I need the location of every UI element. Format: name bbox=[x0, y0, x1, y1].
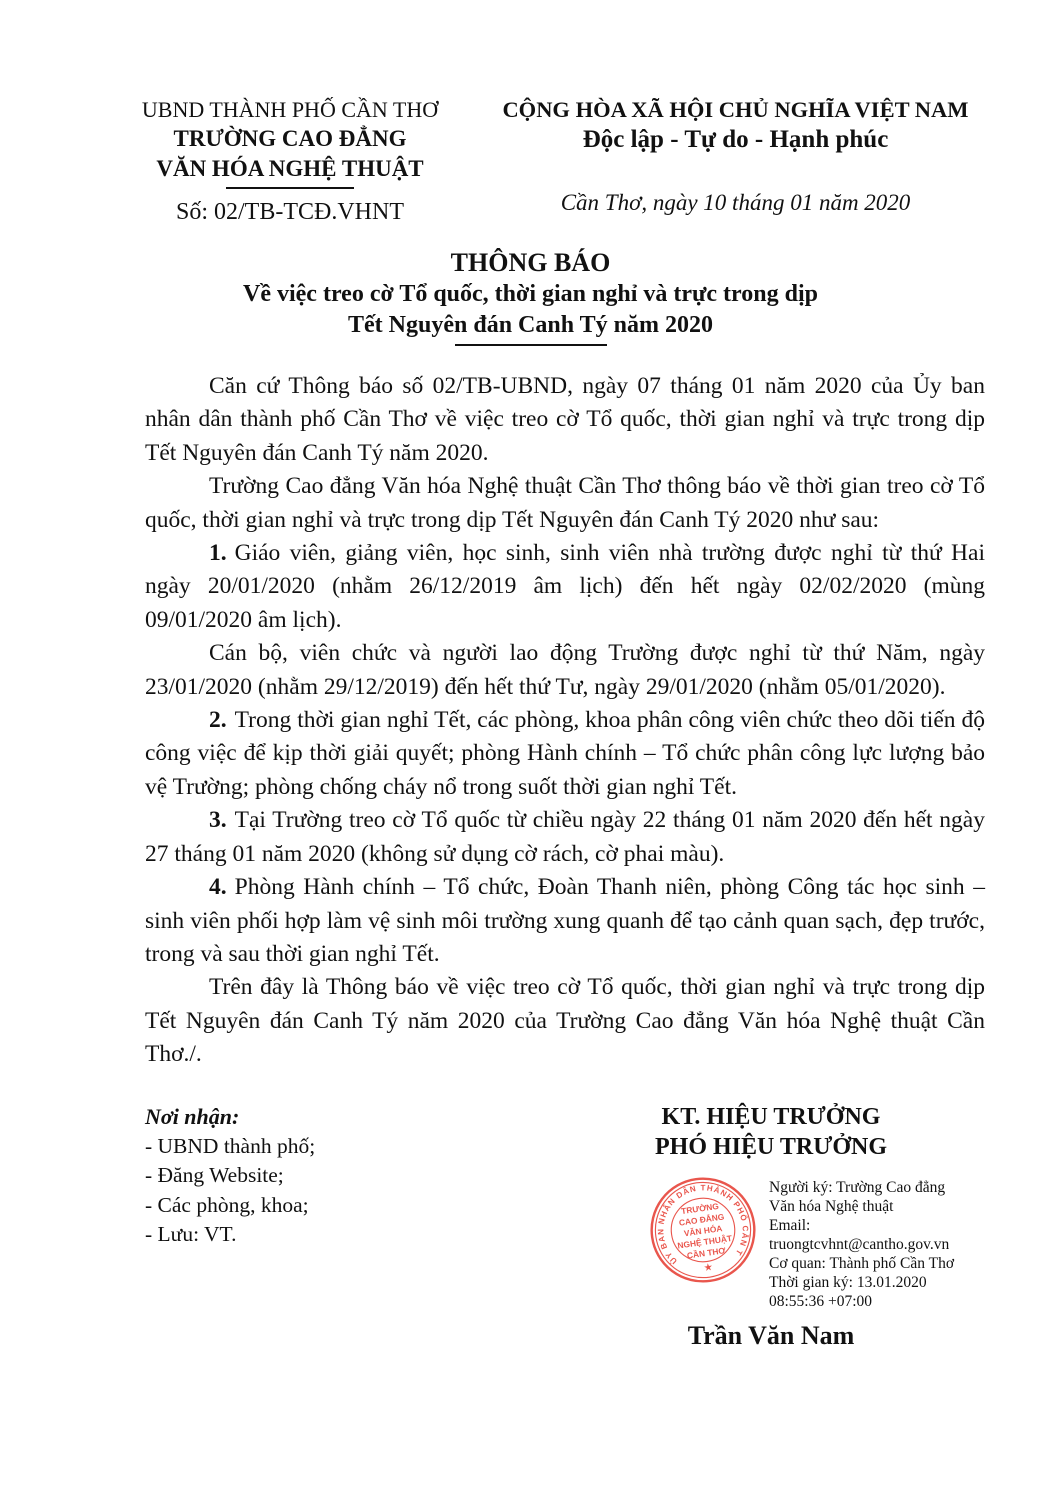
paragraph-number: 4. bbox=[209, 874, 227, 900]
paragraph: 2.Trong thời gian nghỉ Tết, các phòng, k… bbox=[145, 704, 985, 804]
document-subtitle-1: Về việc treo cờ Tổ quốc, thời gian nghỉ … bbox=[0, 279, 1061, 310]
signer-title-2: PHÓ HIỆU TRƯỞNG bbox=[599, 1132, 943, 1162]
paragraph: Trường Cao đẳng Văn hóa Nghệ thuật Cần T… bbox=[145, 470, 985, 537]
paragraph: 1.Giáo viên, giảng viên, học sinh, sinh … bbox=[145, 537, 985, 637]
document-subtitle-2: Tết Nguyên đán Canh Tý năm 2020 bbox=[0, 310, 1061, 341]
recipient-item: - UBND thành phố; bbox=[145, 1132, 315, 1162]
red-seal-icon: ỦY BAN NHÂN DÂN THÀNH PHỐ CẦN THƠ ★ TRƯỜ… bbox=[647, 1174, 759, 1286]
national-motto: Độc lập - Tự do - Hạnh phúc bbox=[480, 124, 991, 156]
document-header: UBND THÀNH PHỐ CẦN THƠ TRƯỜNG CAO ĐẲNG V… bbox=[0, 0, 1061, 227]
title-separator bbox=[455, 344, 607, 346]
seal-star: ★ bbox=[703, 1262, 714, 1274]
signer-title-1: KT. HIỆU TRƯỞNG bbox=[599, 1102, 943, 1132]
digital-info-line: Người ký: Trường Cao đẳng bbox=[769, 1178, 954, 1197]
document-page: UBND THÀNH PHỐ CẦN THƠ TRƯỜNG CAO ĐẲNG V… bbox=[0, 0, 1061, 1500]
paragraph: Cán bộ, viên chức và người lao động Trườ… bbox=[145, 637, 985, 704]
official-seal: ỦY BAN NHÂN DÂN THÀNH PHỐ CẦN THƠ ★ TRƯỜ… bbox=[647, 1174, 759, 1286]
paragraph-number: 3. bbox=[209, 807, 227, 833]
document-title: THÔNG BÁO bbox=[0, 247, 1061, 279]
recipients-label: Nơi nhận: bbox=[145, 1102, 315, 1132]
document-title-block: THÔNG BÁO Về việc treo cờ Tổ quốc, thời … bbox=[0, 247, 1061, 346]
signature-block: KT. HIỆU TRƯỞNG PHÓ HIỆU TRƯỞNG ỦY BAN N… bbox=[599, 1102, 943, 1351]
document-footer: Nơi nhận: - UBND thành phố; - Đăng Websi… bbox=[0, 1102, 1061, 1351]
national-motto-block: CỘNG HÒA XÃ HỘI CHỦ NGHĨA VIỆT NAM Độc l… bbox=[480, 96, 991, 227]
paragraph-text: Trong thời gian nghỉ Tết, các phòng, kho… bbox=[145, 707, 985, 800]
digital-info-line: Cơ quan: Thành phố Cần Thơ bbox=[769, 1254, 954, 1273]
issuing-agency-block: UBND THÀNH PHỐ CẦN THƠ TRƯỜNG CAO ĐẲNG V… bbox=[100, 96, 480, 227]
signer-name: Trần Văn Nam bbox=[599, 1321, 943, 1351]
agency-name-line1: TRƯỜNG CAO ĐẲNG bbox=[100, 124, 480, 154]
paragraph-text: Tại Trường treo cờ Tổ quốc từ chiều ngày… bbox=[145, 807, 985, 866]
paragraph-text: Giáo viên, giảng viên, học sinh, sinh vi… bbox=[145, 540, 985, 633]
place-dateline: Cần Thơ, ngày 10 tháng 01 năm 2020 bbox=[480, 190, 991, 216]
national-title: CỘNG HÒA XÃ HỘI CHỦ NGHĨA VIỆT NAM bbox=[480, 96, 991, 124]
paragraph: Căn cứ Thông báo số 02/TB-UBND, ngày 07 … bbox=[145, 370, 985, 470]
agency-underline bbox=[226, 187, 354, 189]
seal-and-digital-signature: ỦY BAN NHÂN DÂN THÀNH PHỐ CẦN THƠ ★ TRƯỜ… bbox=[599, 1174, 943, 1311]
digital-info-line: truongtcvhnt@cantho.gov.vn bbox=[769, 1235, 954, 1254]
agency-name-line2: VĂN HÓA NGHỆ THUẬT bbox=[100, 154, 480, 184]
paragraph: 3.Tại Trường treo cờ Tổ quốc từ chiều ng… bbox=[145, 804, 985, 871]
digital-signature-info: Người ký: Trường Cao đẳng Văn hóa Nghệ t… bbox=[769, 1174, 954, 1311]
recipient-item: - Lưu: VT. bbox=[145, 1220, 315, 1250]
recipient-item: - Đăng Website; bbox=[145, 1161, 315, 1191]
paragraph-number: 2. bbox=[209, 707, 227, 733]
digital-info-line: Văn hóa Nghệ thuật bbox=[769, 1197, 954, 1216]
paragraph: Trên đây là Thông báo về việc treo cờ Tổ… bbox=[145, 971, 985, 1071]
digital-info-line: Email: bbox=[769, 1216, 954, 1235]
paragraph: 4.Phòng Hành chính – Tổ chức, Đoàn Thanh… bbox=[145, 871, 985, 971]
paragraph-text: Trường Cao đẳng Văn hóa Nghệ thuật Cần T… bbox=[145, 473, 985, 532]
document-number: Số: 02/TB-TCĐ.VHNT bbox=[100, 197, 480, 227]
paragraph-text: Cán bộ, viên chức và người lao động Trườ… bbox=[145, 640, 985, 699]
recipients-block: Nơi nhận: - UBND thành phố; - Đăng Websi… bbox=[145, 1102, 315, 1250]
document-body: Căn cứ Thông báo số 02/TB-UBND, ngày 07 … bbox=[145, 370, 985, 1072]
digital-info-line: Thời gian ký: 13.01.2020 bbox=[769, 1273, 954, 1292]
paragraph-number: 1. bbox=[209, 540, 227, 566]
paragraph-text: Phòng Hành chính – Tổ chức, Đoàn Thanh n… bbox=[145, 874, 985, 967]
recipient-item: - Các phòng, khoa; bbox=[145, 1191, 315, 1221]
paragraph-text: Trên đây là Thông báo về việc treo cờ Tổ… bbox=[145, 974, 985, 1067]
paragraph-text: Căn cứ Thông báo số 02/TB-UBND, ngày 07 … bbox=[145, 373, 985, 466]
digital-info-line: 08:55:36 +07:00 bbox=[769, 1292, 954, 1311]
parent-agency: UBND THÀNH PHỐ CẦN THƠ bbox=[100, 96, 480, 124]
